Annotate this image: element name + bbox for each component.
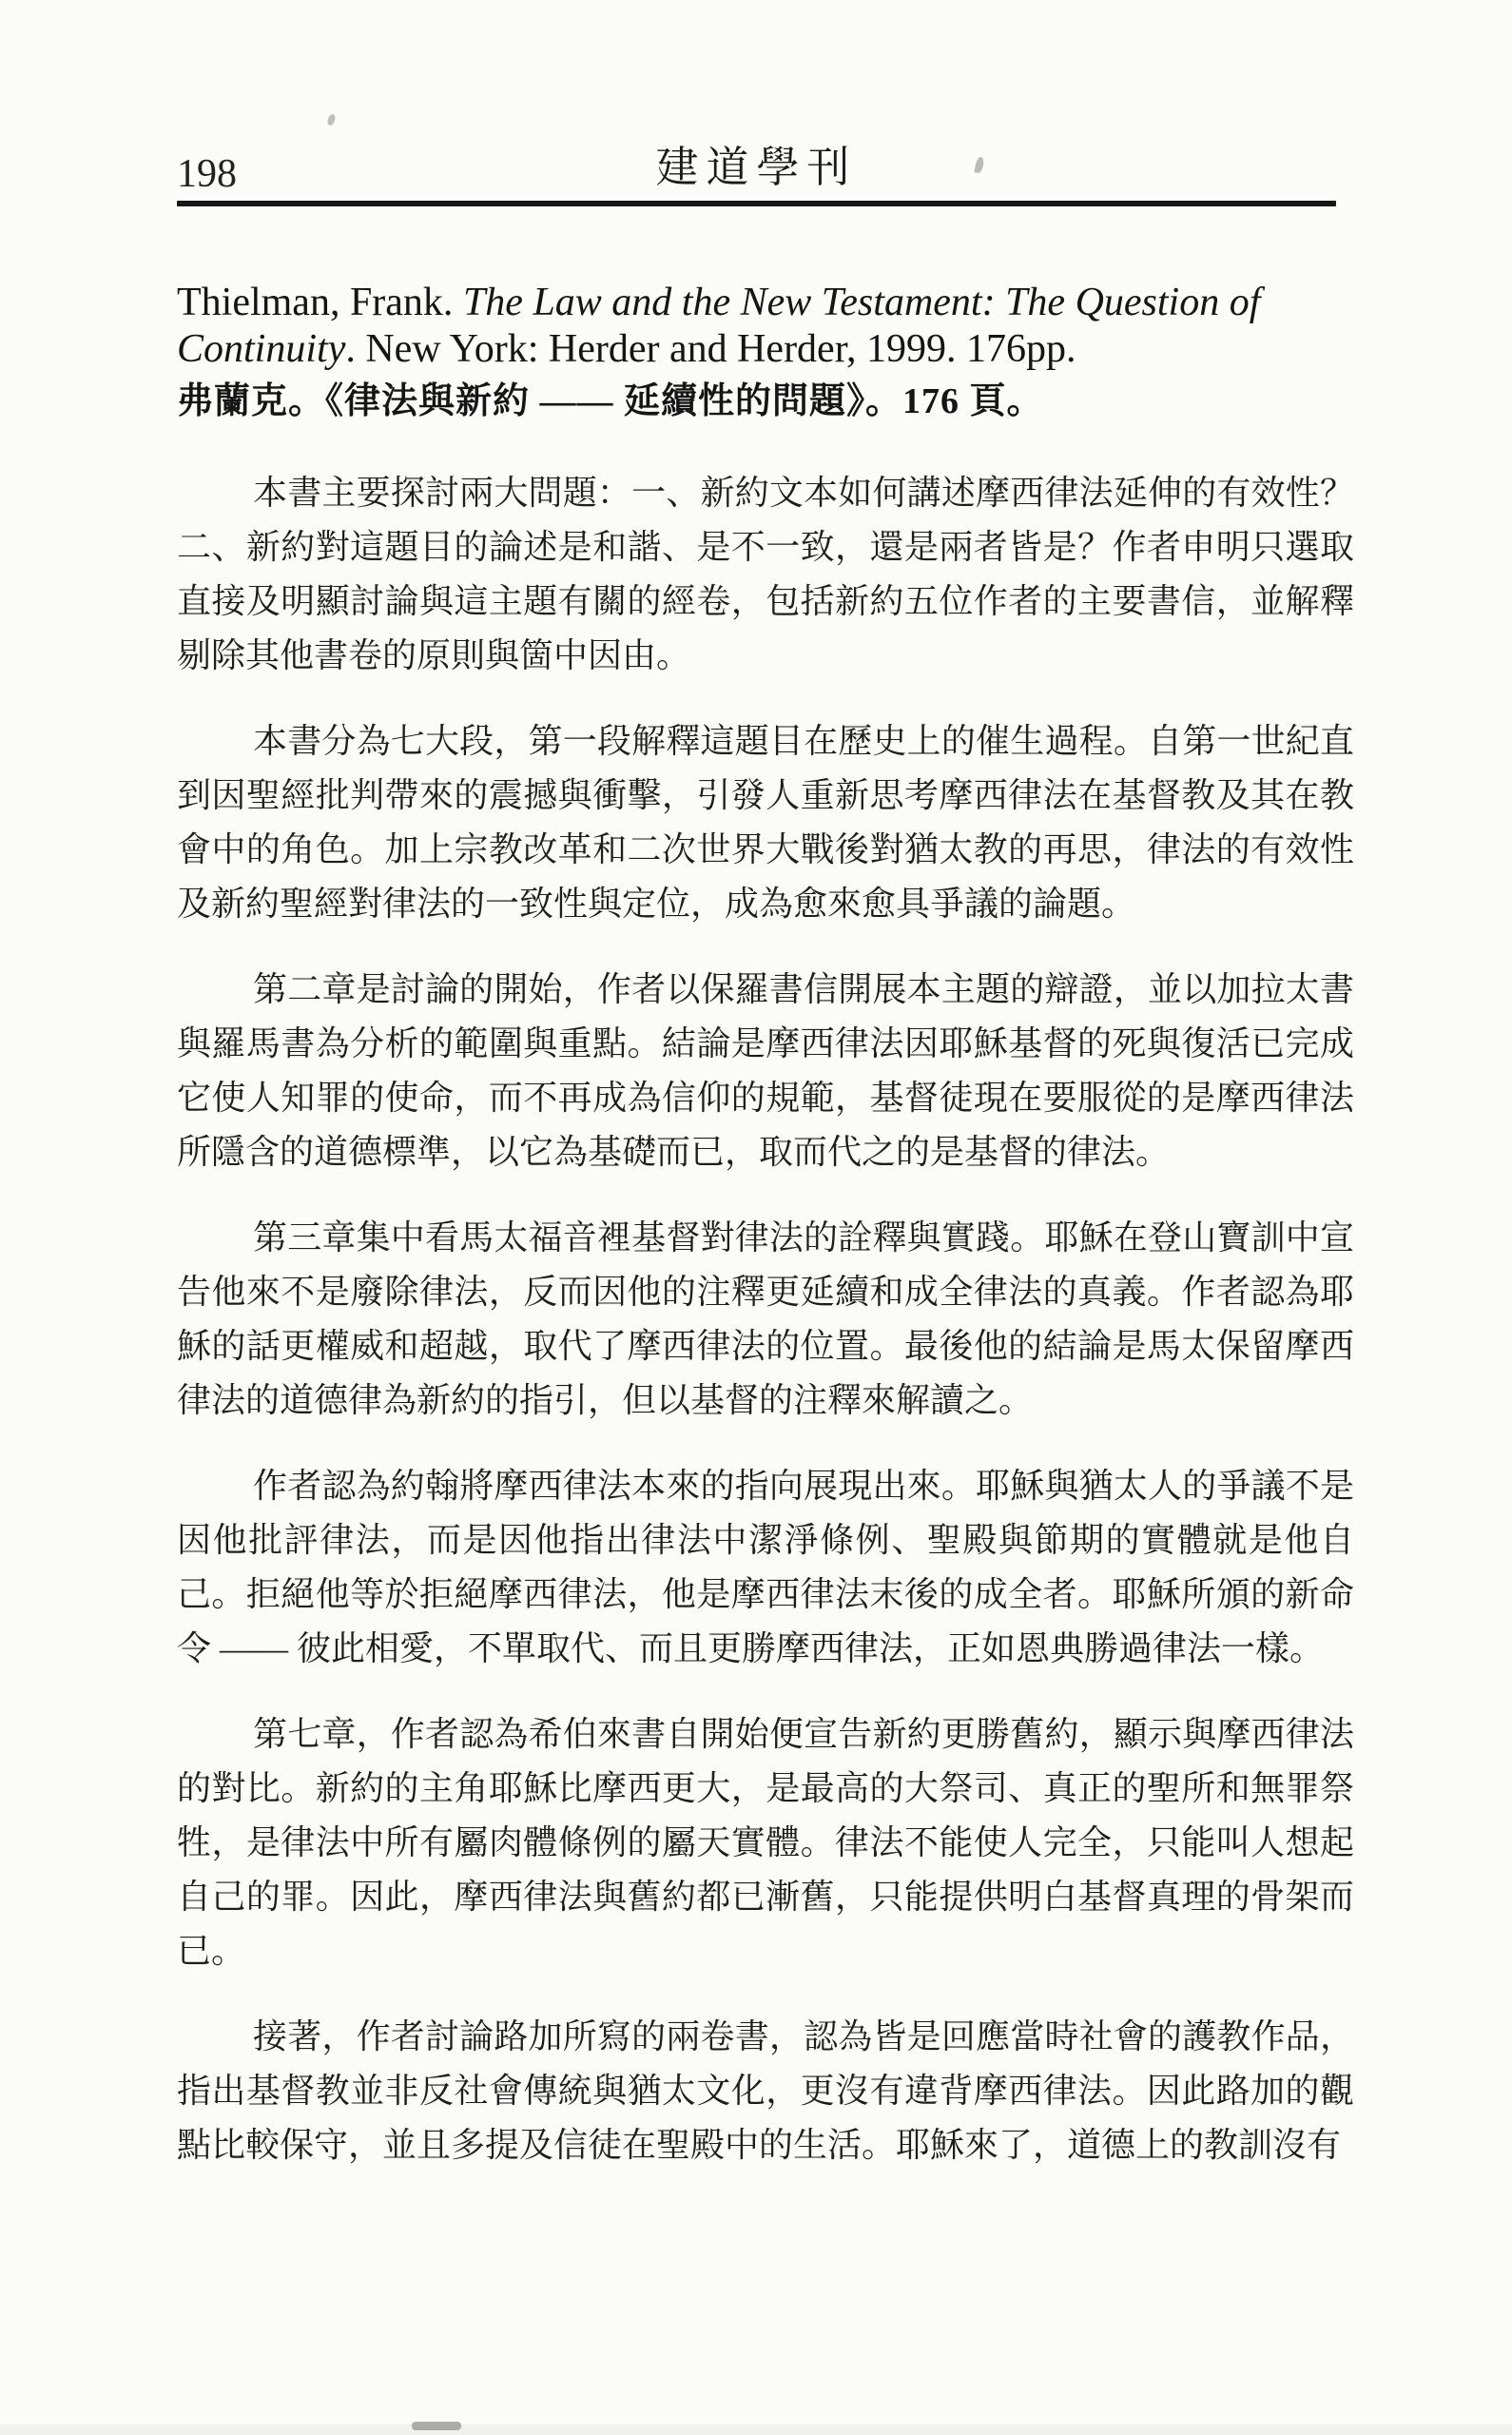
review-paragraph: 本書主要探討兩大問題：一、新約文本如何講述摩西律法延伸的有效性？二、新約對這題目… [177,466,1354,683]
bibliography-author: Thielman, Frank. [177,281,463,324]
bibliography-entry: Thielman, Frank. The Law and the New Tes… [177,280,1354,426]
review-paragraph: 接著，作者討論路加所寫的兩卷書，認為皆是回應當時社會的護教作品，指出基督教並非反… [177,2010,1354,2172]
scanned-journal-page: 198 建道學刊 Thielman, Frank. The Law and th… [0,0,1512,2435]
scan-bottom-edge [0,2425,1512,2435]
running-head: 198 建道學刊 [177,143,1354,196]
bibliography-line-1: Thielman, Frank. The Law and the New Tes… [177,280,1354,326]
bibliography-publication: . New York: Herder and Herder, 1999. 176… [345,327,1076,371]
review-paragraph: 第二章是討論的開始，作者以保羅書信開展本主題的辯證，並以加拉太書與羅馬書為分析的… [177,963,1354,1179]
bibliography-chinese-citation: 弗蘭克。《律法與新約 —— 延續性的問題》。176 頁。 [177,377,1354,426]
bibliography-book-title-part2: Continuity [177,327,345,371]
review-paragraph: 第三章集中看馬太福音裡基督對律法的詮釋與實踐。耶穌在登山寶訓中宣告他來不是廢除律… [177,1211,1354,1428]
review-paragraph: 作者認為約翰將摩西律法本來的指向展現出來。耶穌與猶太人的爭議不是因他批評律法，而… [177,1459,1354,1676]
header-rule [177,201,1336,206]
review-paragraph: 第七章，作者認為希伯來書自開始便宣告新約更勝舊約，顯示與摩西律法的對比。新約的主… [177,1707,1354,1978]
review-body: 本書主要探討兩大問題：一、新約文本如何講述摩西律法延伸的有效性？二、新約對這題目… [177,466,1354,2172]
bibliography-line-2: Continuity. New York: Herder and Herder,… [177,326,1354,373]
review-paragraph: 本書分為七大段，第一段解釋這題目在歷史上的催生過程。自第一世紀直到因聖經批判帶來… [177,714,1354,931]
bibliography-book-title-part1: The Law and the New Testament: The Quest… [463,281,1260,324]
journal-title: 建道學刊 [177,143,1336,192]
page-content: Thielman, Frank. The Law and the New Tes… [177,280,1354,2204]
scan-bottom-mark [412,2422,461,2430]
scan-speck [326,113,336,127]
